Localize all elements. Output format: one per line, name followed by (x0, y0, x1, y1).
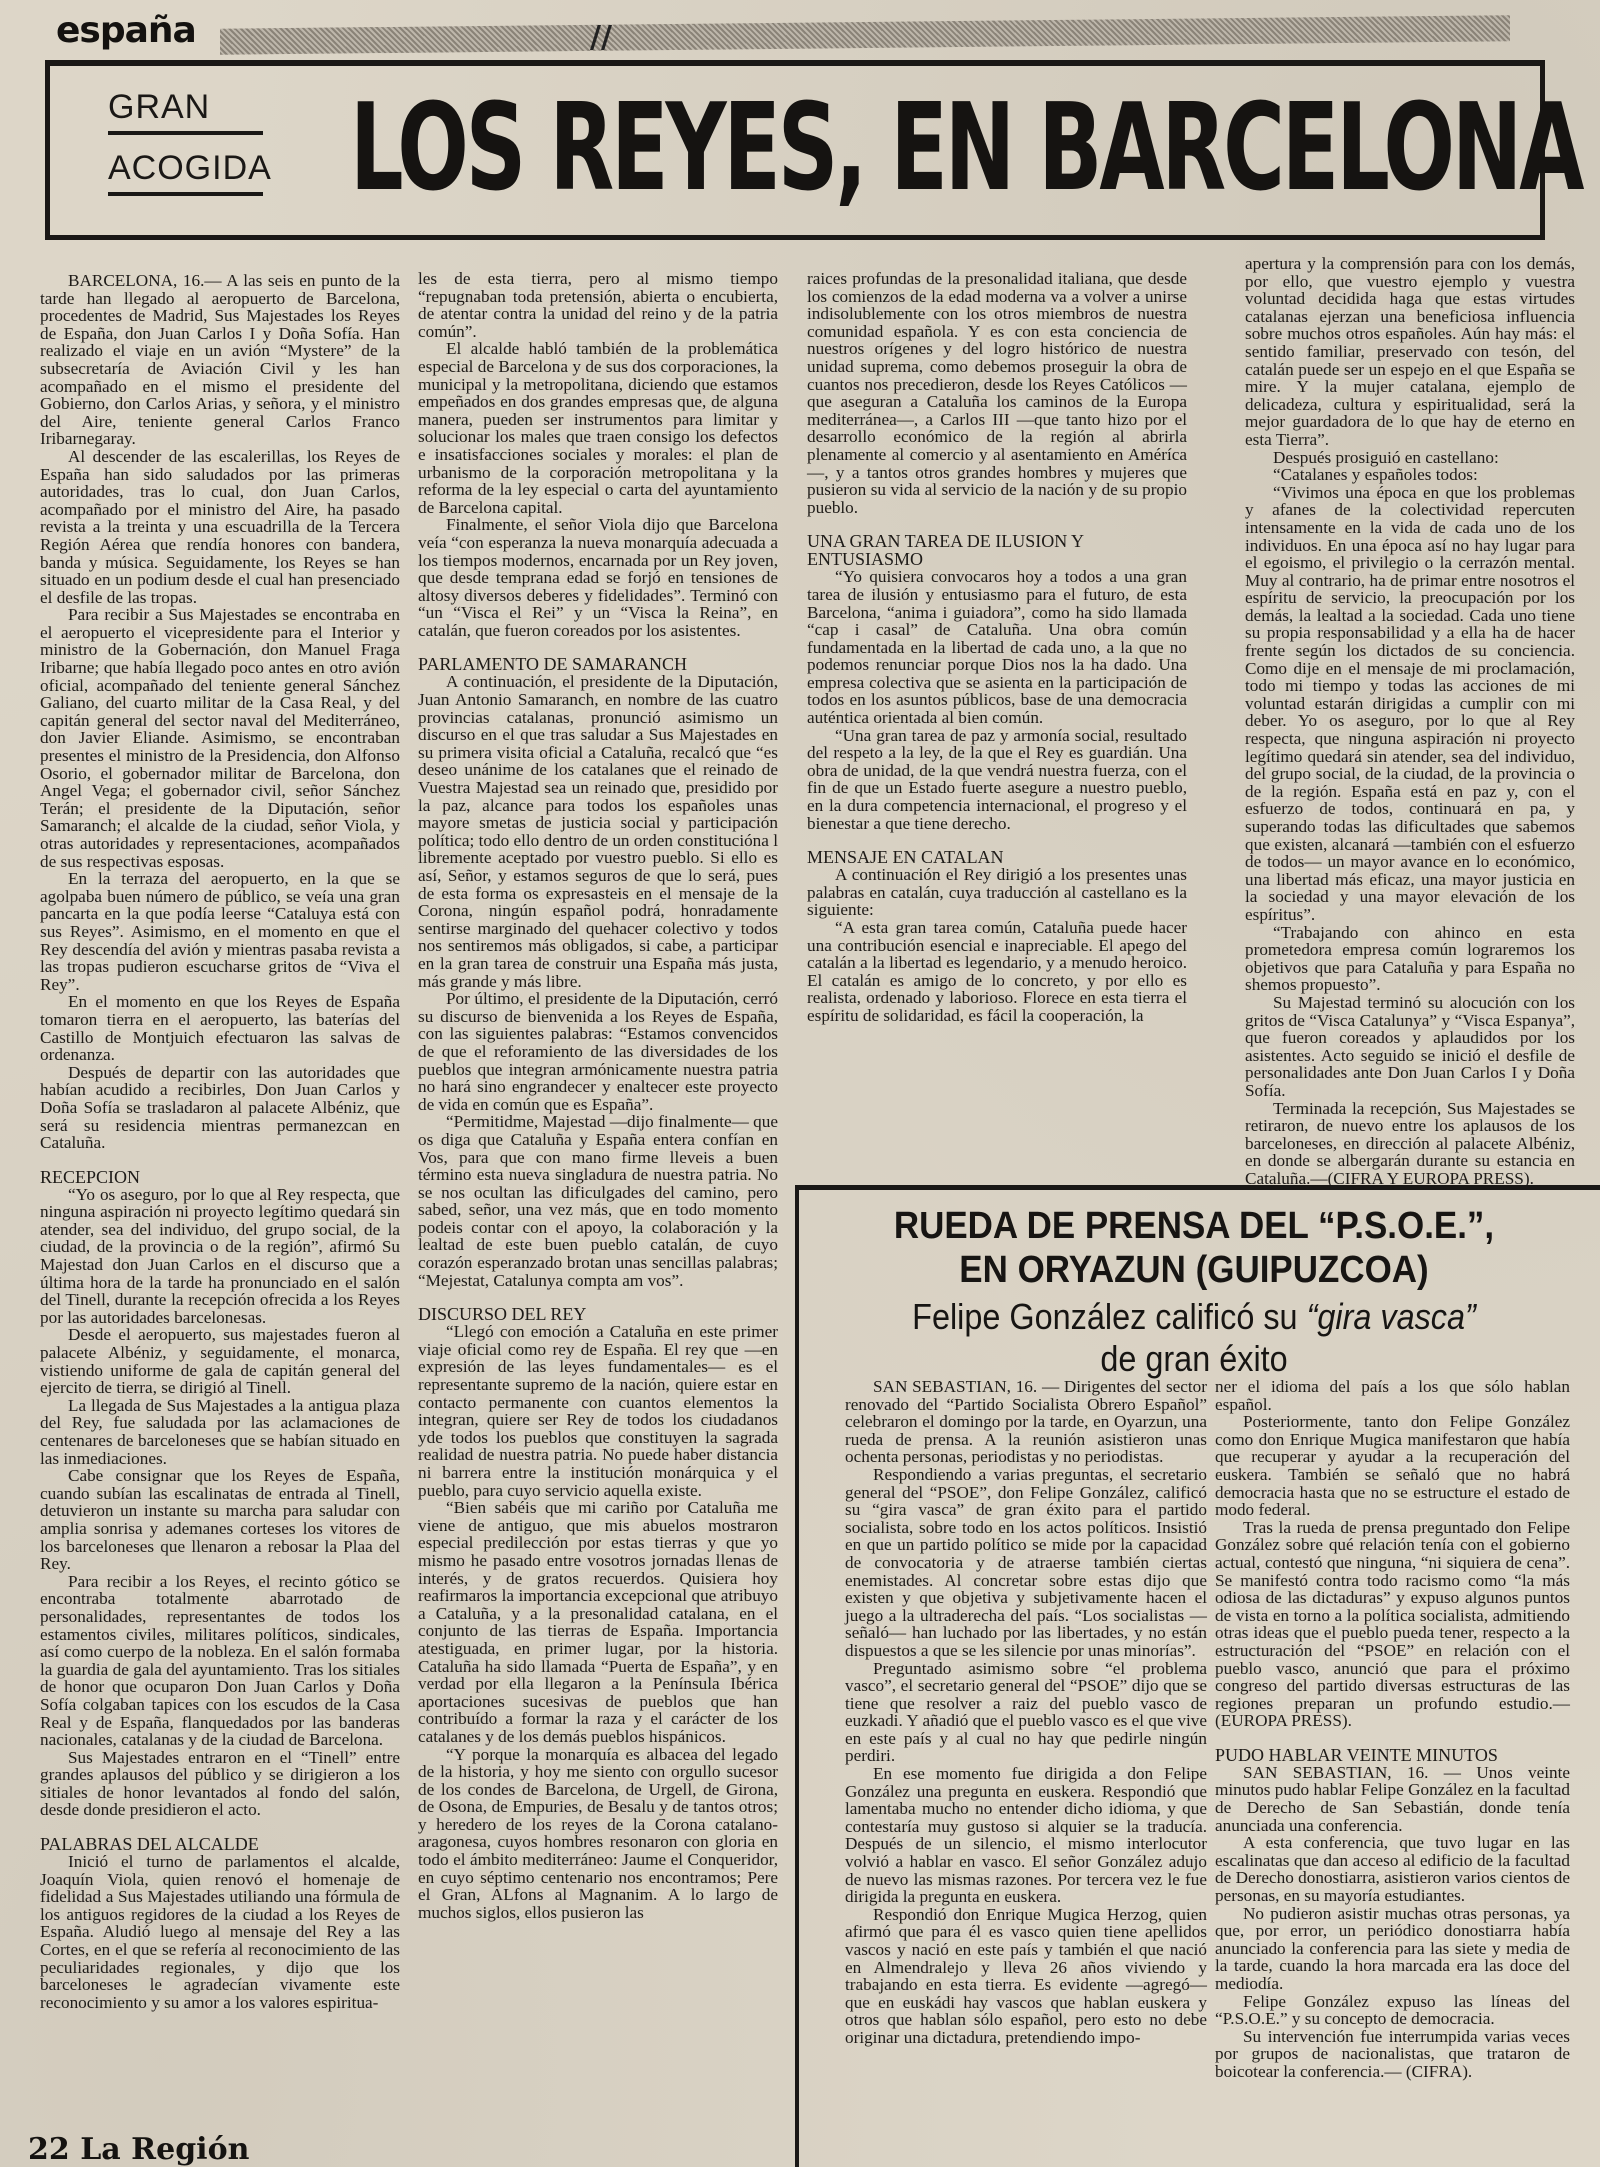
paragraph: Después prosiguió en castellano: (1245, 449, 1575, 467)
paragraph: En la terraza del aeropuerto, en la que … (40, 870, 400, 993)
headline-box: GRAN ACOGIDA LOS REYES, EN BARCELONA (45, 60, 1545, 240)
paragraph: La llegada de Sus Majestades a la antigu… (40, 1397, 400, 1467)
paragraph: A continuación, el presidente de la Dipu… (418, 673, 778, 990)
paragraph: Tras la rueda de prensa preguntado don F… (1215, 1519, 1570, 1730)
psoe-headline: RUEDA DE PRENSA DEL “P.S.O.E.”, EN ORYAZ… (831, 1204, 1558, 1292)
paragraph: les de esta tierra, pero al mismo tiempo… (418, 270, 778, 340)
paragraph: Su intervención fue interrumpida varias … (1215, 2028, 1570, 2081)
subheading: PALABRAS DEL ALCALDE (40, 1835, 400, 1853)
main-article-column-4: apertura y la comprensión para con los d… (1245, 255, 1575, 1187)
subheading: PUDO HABLAR VEINTE MINUTOS (1215, 1746, 1570, 1764)
paragraph: En ese momento fue dirigida a don Felipe… (845, 1765, 1207, 1906)
paragraph: “Vivimos una época en que los problemas … (1245, 484, 1575, 924)
subheading: PARLAMENTO DE SAMARANCH (418, 655, 778, 673)
paragraph: SAN SEBASTIAN, 16. — Unos veinte minutos… (1215, 1764, 1570, 1834)
psoe-subheadline-post: de gran éxito (1100, 1338, 1287, 1379)
paragraph: BARCELONA, 16.— A las seis en punto de l… (40, 272, 400, 448)
psoe-article-column-1: SAN SEBASTIAN, 16. — Dirigentes del sect… (845, 1378, 1207, 2047)
psoe-article-column-2: ner el idioma del país a los que sólo ha… (1215, 1378, 1570, 2081)
main-headline: LOS REYES, EN BARCELONA (350, 74, 1581, 224)
paragraph: “Catalanes y españoles todos: (1245, 466, 1575, 484)
kicker: GRAN ACOGIDA (108, 86, 263, 196)
paragraph: A continuación el Rey dirigió a los pres… (807, 866, 1187, 919)
section-band-decoration (220, 15, 1510, 55)
psoe-subheadline-pre: Felipe González calificó su (912, 1296, 1306, 1337)
main-article-column-3: raices profundas de la presonalidad ital… (807, 270, 1187, 1025)
paragraph: A esta conferencia, que tuvo lugar en la… (1215, 1834, 1570, 1904)
paragraph: Terminada la recepción, Sus Majestades s… (1245, 1100, 1575, 1188)
kicker-line-1: GRAN (108, 86, 263, 135)
page-footer: 22 La Región (28, 2132, 249, 2167)
psoe-headline-line-1: RUEDA DE PRENSA DEL “P.S.O.E.”, (831, 1204, 1558, 1248)
psoe-subheadline-quote: “gira vasca” (1307, 1296, 1476, 1337)
paragraph: “Llegó con emoción a Cataluña en este pr… (418, 1323, 778, 1499)
paragraph: Su Majestad terminó su alocución con los… (1245, 994, 1575, 1100)
paragraph: Sus Majestades entraron en el “Tinell” e… (40, 1749, 400, 1819)
paragraph: ner el idioma del país a los que sólo ha… (1215, 1378, 1570, 1413)
paragraph: Posteriormente, tanto don Felipe Gonzále… (1215, 1413, 1570, 1519)
paragraph: “Y porque la monarquía es albacea del le… (418, 1746, 778, 1922)
publication-name: La Región (80, 2132, 249, 2167)
paragraph: Desde el aeropuerto, sus majestades fuer… (40, 1326, 400, 1396)
page-number: 22 (28, 2132, 70, 2167)
subheading: MENSAJE EN CATALAN (807, 848, 1187, 866)
paragraph: El alcalde habló también de la problemát… (418, 340, 778, 516)
paragraph: Cabe consignar que los Reyes de España, … (40, 1467, 400, 1573)
paragraph: Inició el turno de parlamentos el alcald… (40, 1853, 400, 2011)
paragraph: “Trabajando con ahinco en esta prometedo… (1245, 924, 1575, 994)
paragraph: Para recibir a Sus Majestades se encontr… (40, 606, 400, 870)
kicker-line-2: ACOGIDA (108, 147, 263, 196)
subheading: RECEPCION (40, 1168, 400, 1186)
paragraph: No pudieron asistir muchas otras persona… (1215, 1905, 1570, 1993)
psoe-subheadline: Felipe González calificó su “gira vasca”… (839, 1296, 1550, 1380)
paragraph: “A esta gran tarea común, Cataluña puede… (807, 919, 1187, 1025)
paragraph: En el momento en que los Reyes de España… (40, 993, 400, 1063)
paragraph: Preguntado asimismo sobre “el problema v… (845, 1660, 1207, 1766)
main-article-column-2: les de esta tierra, pero al mismo tiempo… (418, 270, 778, 1921)
paragraph: “Bien sabéis que mi cariño por Cataluña … (418, 1499, 778, 1745)
subheading: UNA GRAN TAREA DE ILUSION Y ENTUSIASMO (807, 532, 1187, 568)
paragraph: Felipe González expuso las líneas del “P… (1215, 1993, 1570, 2028)
paragraph: Respondiendo a varias preguntas, el secr… (845, 1466, 1207, 1660)
paragraph: SAN SEBASTIAN, 16. — Dirigentes del sect… (845, 1378, 1207, 1466)
paragraph: apertura y la comprensión para con los d… (1245, 255, 1575, 449)
paragraph: Después de departir con las autoridades … (40, 1064, 400, 1152)
paragraph: Respondió don Enrique Mugica Herzog, qui… (845, 1906, 1207, 2047)
paragraph: “Yo os aseguro, por lo que al Rey respec… (40, 1186, 400, 1327)
paragraph: “Yo quisiera convocaros hoy a todos a un… (807, 568, 1187, 726)
subheading: DISCURSO DEL REY (418, 1305, 778, 1323)
section-tag: españa (56, 10, 196, 51)
paragraph: Finalmente, el señor Viola dijo que Barc… (418, 516, 778, 639)
paragraph: Al descender de las escalerillas, los Re… (40, 448, 400, 606)
ink-mark: // (590, 20, 612, 55)
paragraph: Para recibir a los Reyes, el recinto gót… (40, 1573, 400, 1749)
paragraph: raices profundas de la presonalidad ital… (807, 270, 1187, 516)
paragraph: “Permitidme, Majestad —dijo finalmente— … (418, 1113, 778, 1289)
main-article-column-1: BARCELONA, 16.— A las seis en punto de l… (40, 272, 400, 2011)
paragraph: “Una gran tarea de paz y armonía social,… (807, 727, 1187, 833)
psoe-headline-line-2: EN ORYAZUN (GUIPUZCOA) (831, 1248, 1558, 1292)
paragraph: Por último, el presidente de la Diputaci… (418, 990, 778, 1113)
